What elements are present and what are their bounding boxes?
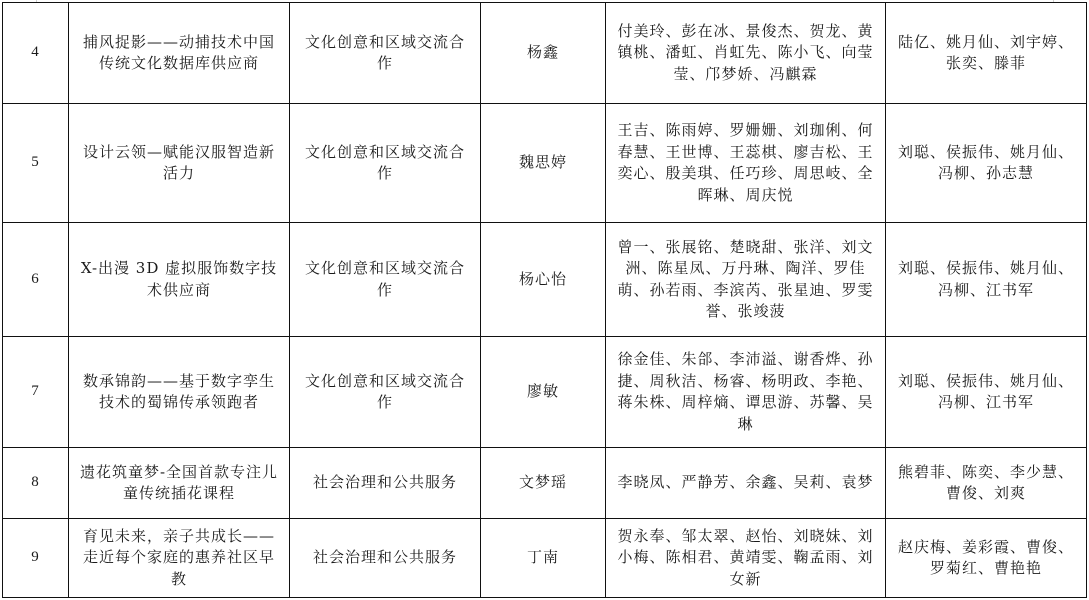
team-members: 王吉、陈雨婷、罗姗姗、刘珈俐、何春慧、王世博、王蕊棋、廖吉松、王奕心、殷美琪、任… bbox=[606, 104, 886, 223]
project-leader: 魏思婷 bbox=[481, 104, 606, 223]
advisors: 刘聪、侯振伟、姚月仙、冯柳、江书军 bbox=[886, 223, 1087, 337]
project-leader: 文梦瑶 bbox=[481, 448, 606, 519]
advisors: 熊碧菲、陈奕、李少慧、曹俊、刘爽 bbox=[886, 448, 1087, 519]
team-members: 曾一、张展铭、楚晓甜、张洋、刘文洲、陈星凤、万丹琳、陶洋、罗佳萌、孙若雨、李滨芮… bbox=[606, 223, 886, 337]
row-number: 4 bbox=[3, 3, 69, 104]
team-members: 贺永奉、邹太翠、赵怡、刘晓妹、刘小梅、陈相君、黄靖雯、鞠孟雨、刘女新 bbox=[606, 519, 886, 598]
project-name: 设计云领—赋能汉服智造新活力 bbox=[69, 104, 290, 223]
project-leader: 杨心怡 bbox=[481, 223, 606, 337]
project-name: 遗花筑童梦-全国首款专注儿童传统插花课程 bbox=[69, 448, 290, 519]
team-members: 付美玲、彭在冰、景俊杰、贺龙、黄镇桃、潘虹、肖虹先、陈小飞、向莹莹、邝梦娇、冯麒… bbox=[606, 3, 886, 104]
table-row: 8 遗花筑童梦-全国首款专注儿童传统插花课程 社会治理和公共服务 文梦瑶 李晓凤… bbox=[3, 448, 1087, 519]
team-members: 徐金佳、朱郃、李沛溢、谢香烨、孙捷、周秋洁、杨睿、杨明政、李艳、蒋朱株、周梓熵、… bbox=[606, 337, 886, 448]
project-leader: 丁南 bbox=[481, 519, 606, 598]
row-number: 7 bbox=[3, 337, 69, 448]
row-number: 5 bbox=[3, 104, 69, 223]
table-row: 5 设计云领—赋能汉服智造新活力 文化创意和区域交流合作 魏思婷 王吉、陈雨婷、… bbox=[3, 104, 1087, 223]
project-category: 文化创意和区域交流合作 bbox=[290, 337, 481, 448]
advisors: 刘聪、侯振伟、姚月仙、冯柳、孙志慧 bbox=[886, 104, 1087, 223]
project-leader: 廖敏 bbox=[481, 337, 606, 448]
project-category: 文化创意和区域交流合作 bbox=[290, 104, 481, 223]
project-name: 育见未来，亲子共成长——走近每个家庭的惠养社区早教 bbox=[69, 519, 290, 598]
project-category: 文化创意和区域交流合作 bbox=[290, 223, 481, 337]
row-number: 8 bbox=[3, 448, 69, 519]
project-category: 社会治理和公共服务 bbox=[290, 448, 481, 519]
row-number: 6 bbox=[3, 223, 69, 337]
advisors: 赵庆梅、姜彩霞、曹俊、罗菊红、曹艳艳 bbox=[886, 519, 1087, 598]
project-leader: 杨鑫 bbox=[481, 3, 606, 104]
advisors: 刘聪、侯振伟、姚月仙、冯柳、江书军 bbox=[886, 337, 1087, 448]
project-category: 文化创意和区域交流合作 bbox=[290, 3, 481, 104]
project-name: 捕风捉影——动捕技术中国传统文化数据库供应商 bbox=[69, 3, 290, 104]
table-row: 9 育见未来，亲子共成长——走近每个家庭的惠养社区早教 社会治理和公共服务 丁南… bbox=[3, 519, 1087, 598]
advisors: 陆亿、姚月仙、刘宇婷、张奕、滕菲 bbox=[886, 3, 1087, 104]
project-name: 数承锦韵——基于数字孪生技术的蜀锦传承领跑者 bbox=[69, 337, 290, 448]
table-row: 7 数承锦韵——基于数字孪生技术的蜀锦传承领跑者 文化创意和区域交流合作 廖敏 … bbox=[3, 337, 1087, 448]
project-category: 社会治理和公共服务 bbox=[290, 519, 481, 598]
project-table: 4 捕风捉影——动捕技术中国传统文化数据库供应商 文化创意和区域交流合作 杨鑫 … bbox=[2, 2, 1087, 598]
table-row: 6 X-出漫 3D 虚拟服饰数字技术供应商 文化创意和区域交流合作 杨心怡 曾一… bbox=[3, 223, 1087, 337]
project-name: X-出漫 3D 虚拟服饰数字技术供应商 bbox=[69, 223, 290, 337]
table-row: 4 捕风捉影——动捕技术中国传统文化数据库供应商 文化创意和区域交流合作 杨鑫 … bbox=[3, 3, 1087, 104]
row-number: 9 bbox=[3, 519, 69, 598]
team-members: 李晓凤、严静芳、余鑫、吴莉、袁梦 bbox=[606, 448, 886, 519]
